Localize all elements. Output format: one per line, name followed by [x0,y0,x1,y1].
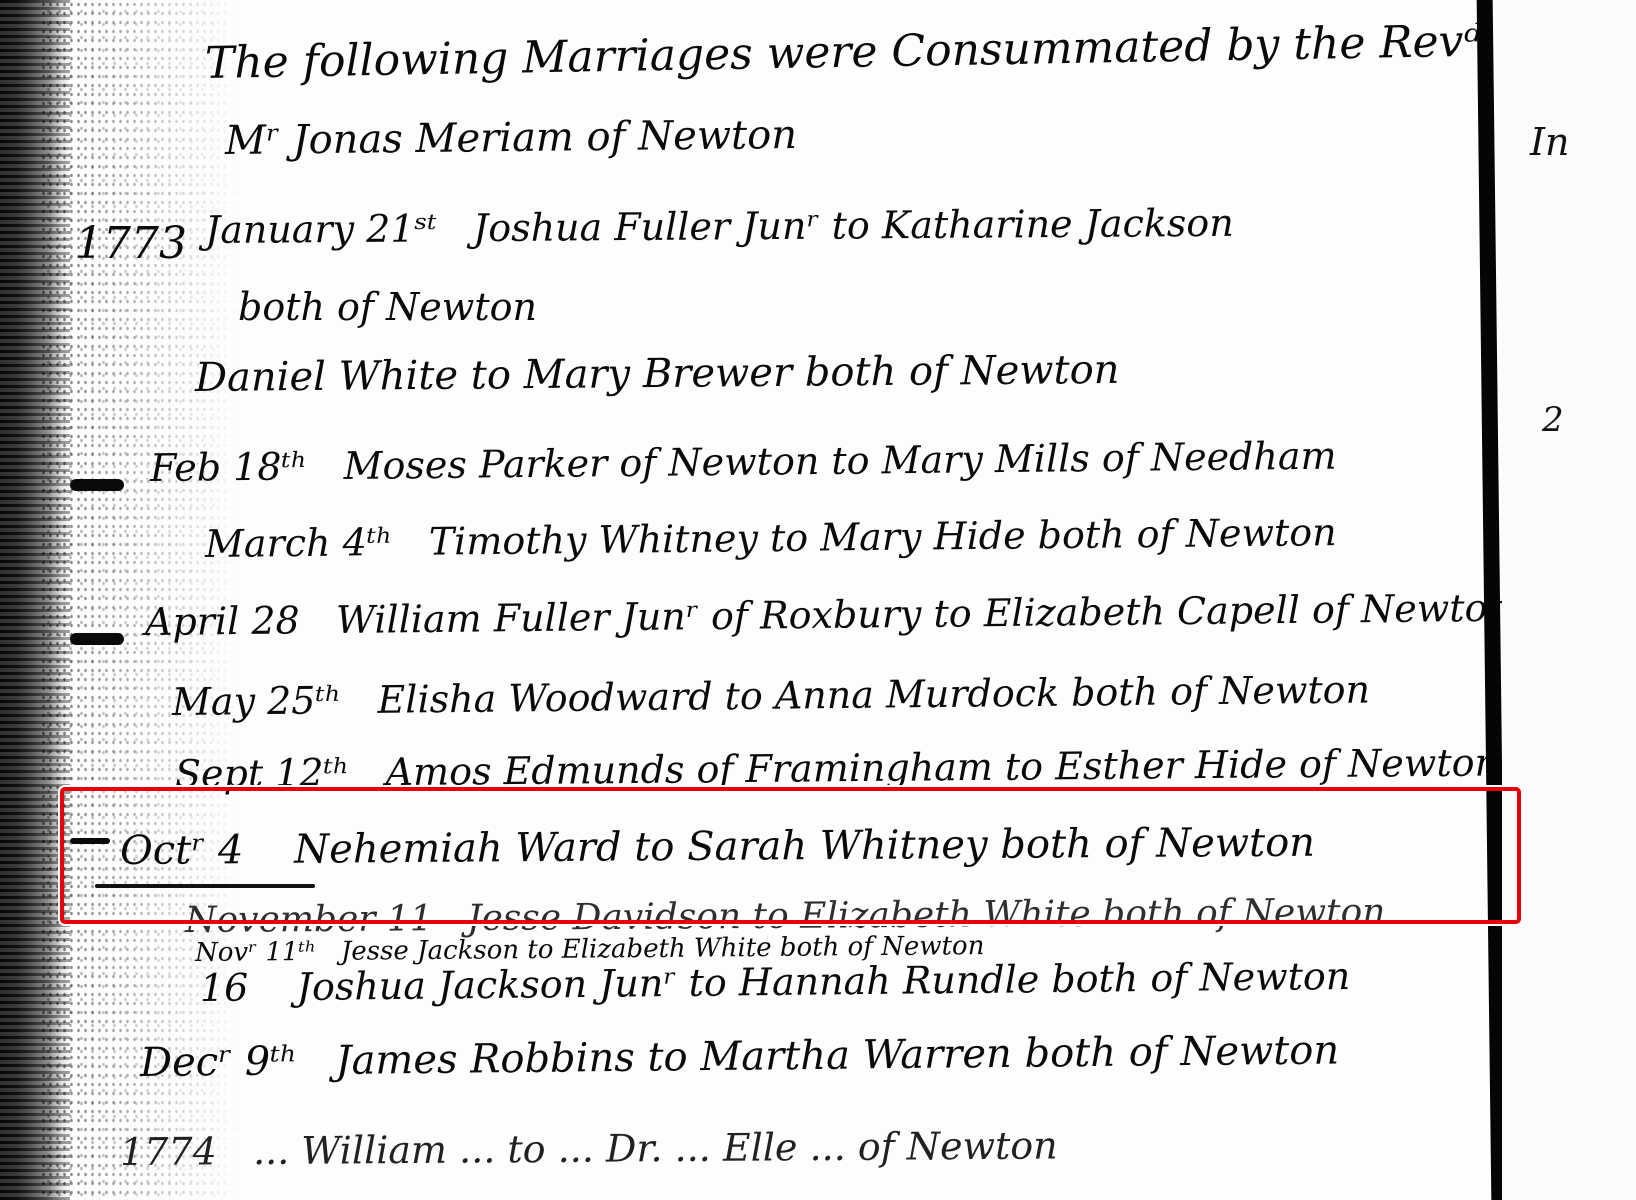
margin-dash [70,479,124,491]
adjacent-page-fragment: 2 [1542,400,1564,440]
header-line-1: The following Marriages were Consummated… [205,16,1482,89]
entry-1774-partial: 1774 ... William ... to ... Dr. ... Elle… [120,1123,1058,1174]
entry-text: Timothy Whitney to Mary Hide both of New… [429,510,1337,564]
header-text-2: Mʳ Jonas Meriam of Newton [225,112,797,164]
entry-sept-12: Sept 12ᵗʰ Amos Edmunds of Framingham to … [175,740,1499,796]
entry-date: May 25ᵗʰ [172,678,342,724]
entry-date: November 11 [185,898,433,941]
entry-date: March 4ᵗʰ [205,520,393,566]
entry-april-28: April 28 William Fuller Junʳ of Roxbury … [145,586,1512,644]
entry-date: Octʳ 4 [120,827,244,874]
entry-march-4: March 4ᵗʰ Timothy Whitney to Mary Hide b… [205,510,1337,566]
entry-date: Feb 18ᵗʰ [150,444,308,490]
entry-may-25: May 25ᵗʰ Elisha Woodward to Anna Murdock… [172,667,1370,724]
entry-date: Decʳ 9ᵗʰ [140,1038,298,1086]
entry-text: Moses Parker of Newton to Mary Mills of … [343,434,1336,488]
header-line-2: Mʳ Jonas Meriam of Newton [225,112,797,164]
entry-feb-18: Feb 18ᵗʰ Moses Parker of Newton to Mary … [150,434,1337,490]
entry-date: 16 [200,965,249,1010]
entry-text-cont: both of Newton [238,285,537,329]
entry-text: ... William ... to ... Dr. ... Elle ... … [253,1123,1058,1173]
register-page: The following Marriages were Consummated… [0,0,1636,1200]
entry-date: January 21ˢᵗ [205,206,437,252]
entry-text: William Fuller Junʳ of Roxbury to Elizab… [336,586,1512,642]
entry-text: James Robbins to Martha Warren both of N… [335,1027,1339,1084]
header-text-1: The following Marriages were Consummated… [205,16,1482,89]
entry-text: Amos Edmunds of Framingham to Esther Hid… [385,740,1499,794]
date-underline-mark [95,884,315,888]
entry-january-21-cont: both of Newton [238,285,537,329]
margin-dash [70,633,124,645]
margin-dash [70,838,110,844]
entry-text: Nehemiah Ward to Sarah Whitney both of N… [294,820,1315,873]
entry-text: Joshua Fuller Junʳ to Katharine Jackson [473,201,1234,250]
entry-date: Sept 12ᵗʰ [175,750,350,796]
margin-year: 1773 [75,218,187,269]
entry-date: Novʳ 11ᵗʰ [195,937,316,968]
adjacent-page: In 2 [1502,0,1636,1200]
adjacent-page-fragment: In [1530,120,1569,164]
entry-date: April 28 [145,598,300,644]
entry-january-21: January 21ˢᵗ Joshua Fuller Junʳ to Katha… [205,201,1234,252]
entry-daniel-white: Daniel White to Mary Brewer both of Newt… [195,347,1120,401]
entry-text: Daniel White to Mary Brewer both of Newt… [195,347,1120,401]
entry-text: Elisha Woodward to Anna Murdock both of … [377,667,1370,721]
entry-dec-9: Decʳ 9ᵗʰ James Robbins to Martha Warren … [140,1027,1340,1086]
entry-date: 1774 [120,1129,217,1174]
entry-oct-4-highlighted: Octʳ 4 Nehemiah Ward to Sarah Whitney bo… [120,820,1315,874]
